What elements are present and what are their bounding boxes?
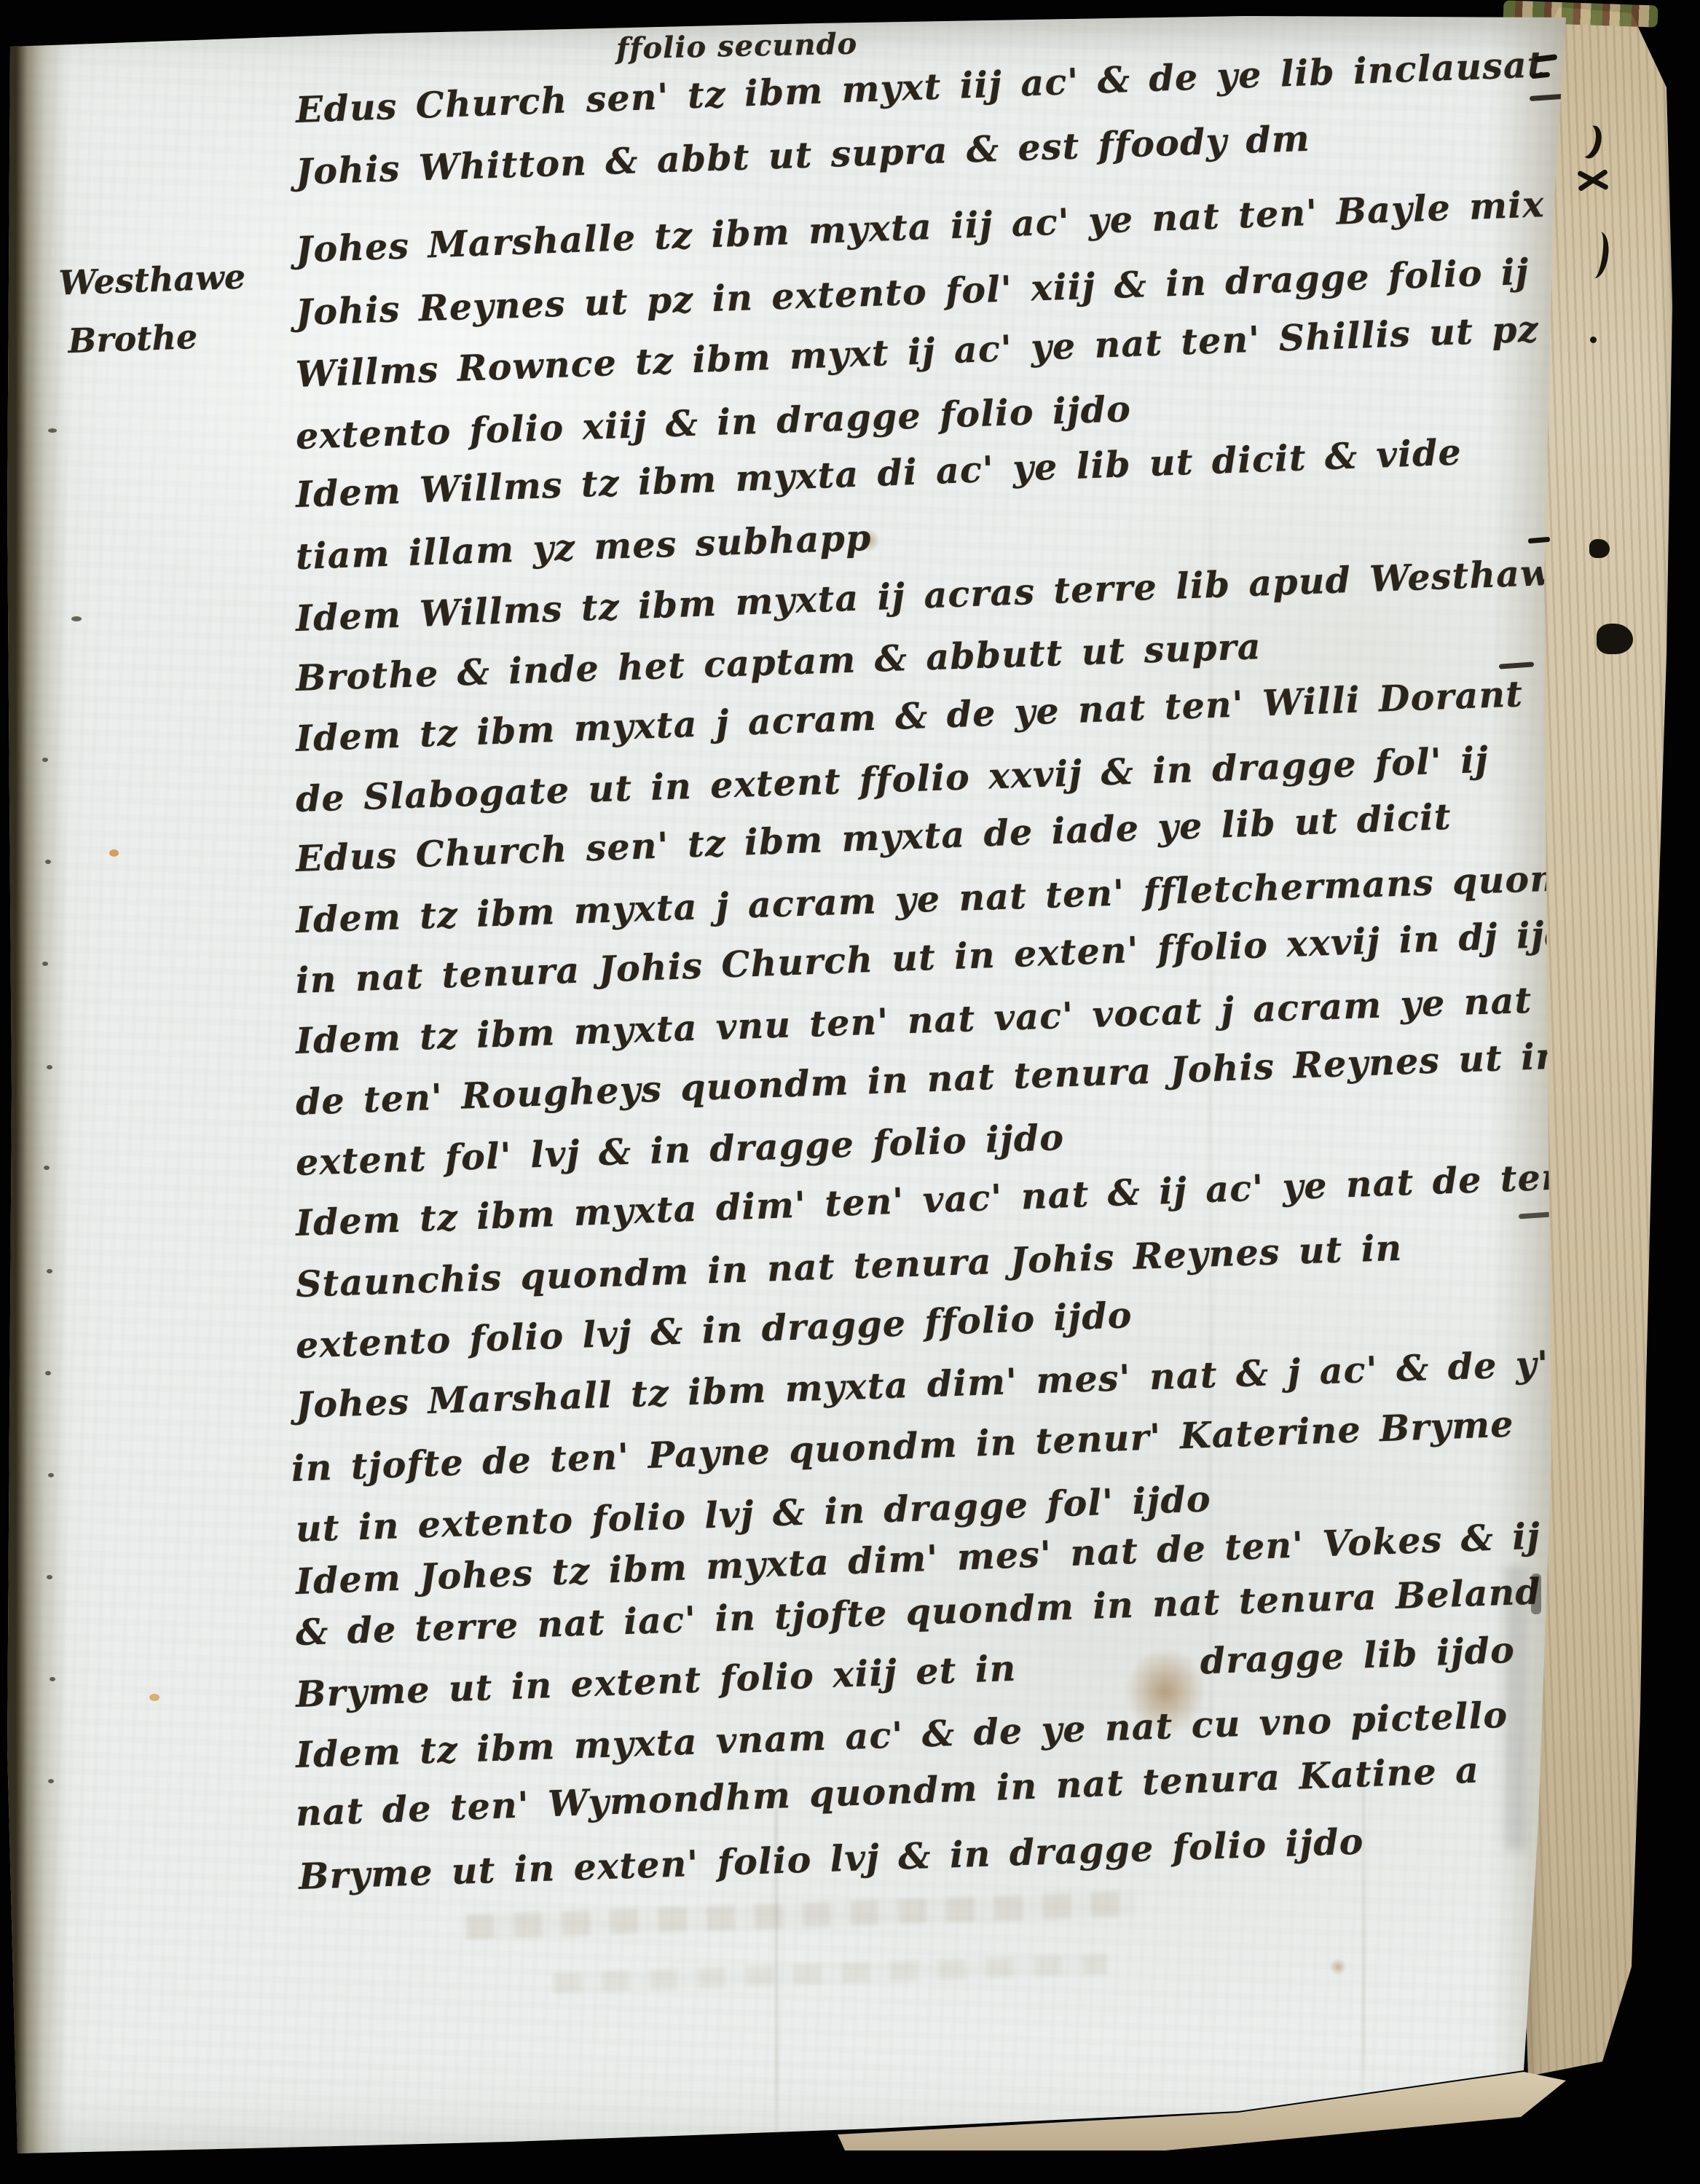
sewing-dot: [44, 1166, 50, 1170]
sewing-dot: [47, 1269, 52, 1273]
ink-speck: [71, 616, 82, 621]
edge-mark-blotch: [1589, 539, 1610, 558]
text-line: Edus Church sen' tz ibm myxt iij ac' & d…: [295, 35, 1700, 133]
margin-note: Westhawe Brothe: [58, 248, 248, 371]
margin-note-line: Westhawe: [58, 248, 246, 313]
sewing-dot: [48, 1473, 54, 1477]
text-line: Bryme ut in exten' folio lvj & in dragge…: [298, 1819, 1365, 1899]
sewing-dot: [50, 1677, 55, 1681]
small-stain: [1329, 1958, 1347, 1976]
sewing-dot: [42, 758, 48, 762]
edge-mark-cross: [1576, 166, 1610, 194]
bleed-through-text: [554, 1954, 1108, 1994]
manuscript-photo: ffolio secundo Westhawe Brothe Edus Chur…: [0, 0, 1700, 2184]
sewing-dot: [45, 1371, 51, 1375]
text-line: extento folio lvj & in dragge ffolio ijd…: [295, 1292, 1133, 1368]
binding-gutter: [6, 13, 68, 2158]
orange-speck: [109, 849, 119, 857]
sewing-dot: [47, 1065, 52, 1069]
margin-note-line: Brothe: [67, 306, 248, 371]
text-line: tiam illam yz mes subhapp: [295, 515, 872, 579]
bleed-through-text: [466, 1891, 1137, 1939]
sewing-dot: [47, 1575, 52, 1579]
manuscript-page: ffolio secundo Westhawe Brothe Edus Chur…: [6, 13, 1572, 2158]
sewing-dot: [48, 1779, 54, 1783]
edge-mark-ampersand: [1597, 624, 1633, 654]
text-line: extent fol' lvj & in dragge folio ijdo: [295, 1115, 1065, 1185]
sewing-dot: [42, 962, 48, 966]
folio-heading: ffolio secundo: [616, 27, 858, 66]
ink-speck: [48, 428, 57, 433]
sewing-dot: [45, 860, 51, 864]
edge-mark-dot: [1590, 337, 1597, 343]
text-line: Johis Whitton & abbt ut supra & est ffoo…: [295, 116, 1311, 195]
edge-mark-streak: [1531, 1574, 1541, 1614]
orange-speck: [149, 1694, 160, 1701]
